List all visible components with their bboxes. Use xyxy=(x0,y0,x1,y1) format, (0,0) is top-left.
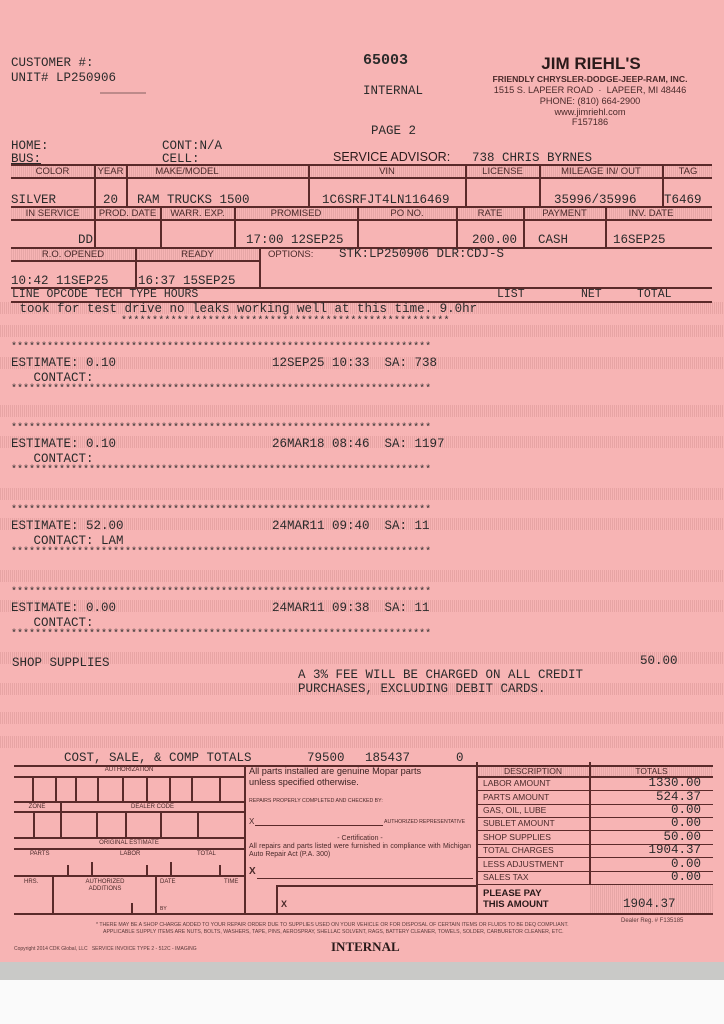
dealer-subtitle: FRIENDLY CHRYSLER-DODGE-JEEP-RAM, INC. xyxy=(470,74,710,84)
rule xyxy=(14,848,244,850)
shop-supplies-label: SHOP SUPPLIES xyxy=(12,656,110,670)
rule xyxy=(91,862,93,875)
estimate-contact: CONTACT: xyxy=(11,371,94,385)
rule xyxy=(14,913,713,915)
invoice-date-value: 16SEP25 xyxy=(613,233,666,247)
rule xyxy=(160,811,162,837)
col-header-payment: PAYMENT xyxy=(524,208,605,219)
authorized-additions-label: AUTHORIZED ADDITIONS xyxy=(70,879,140,893)
rule xyxy=(97,776,99,801)
rule xyxy=(122,776,124,801)
summary-desc: SUBLET AMOUNT xyxy=(483,818,555,828)
stars-divider: ****************************************… xyxy=(11,465,431,476)
sale-total: 185437 xyxy=(365,751,410,765)
col-header-promised: PROMISED xyxy=(235,208,357,219)
options-label: OPTIONS: xyxy=(268,249,313,260)
scan-shadow xyxy=(0,962,724,980)
stars-divider: ****************************************… xyxy=(11,505,431,516)
rule xyxy=(219,865,221,875)
dealer-code: F157186 xyxy=(470,117,710,127)
net-column-header: NET xyxy=(581,288,602,301)
credit-fee-notice-line2: PURCHASES, EXCLUDING DEBIT CARDS. xyxy=(298,682,546,696)
print-band xyxy=(0,405,724,417)
totals-header: TOTALS xyxy=(590,766,713,776)
authorized-representative-label: AUTHORIZED REPRESENTATIVE xyxy=(384,819,465,825)
estimate-stamp: 12SEP25 10:33 SA: 738 xyxy=(272,356,437,370)
rule xyxy=(52,875,54,913)
contact-value: CONT:N/A xyxy=(162,139,222,153)
service-invoice-page: CUSTOMER #: UNIT# LP250906 65003 INTERNA… xyxy=(0,0,724,966)
rule xyxy=(146,776,148,801)
vehicle-mileage: 35996/35996 xyxy=(554,193,637,207)
estimate-contact: CONTACT: xyxy=(11,616,94,630)
col-header-year: YEAR xyxy=(95,166,126,177)
summary-row-sublet: SUBLET AMOUNT0.00 xyxy=(477,817,713,830)
stars-divider: ****************************************… xyxy=(11,629,431,640)
col-header-ready: READY xyxy=(136,249,259,260)
summary-value: 1330.00 xyxy=(648,776,701,790)
rule xyxy=(60,811,62,837)
rule xyxy=(14,801,244,803)
parts-label: PARTS xyxy=(30,851,49,857)
estimate-amount: ESTIMATE: 0.00 xyxy=(11,601,116,615)
vehicle-year: 20 xyxy=(103,193,118,207)
summary-desc: SALES TAX xyxy=(483,872,529,882)
time-label: TIME xyxy=(224,879,238,885)
dealer-code-label: DEALER CODE xyxy=(61,804,244,810)
signature-x-mark: X xyxy=(249,817,254,826)
rate-value: 200.00 xyxy=(472,233,517,247)
summary-row-total-charges: TOTAL CHARGES1904.37 xyxy=(477,844,713,857)
rule xyxy=(14,875,244,877)
total-label: TOTAL xyxy=(197,851,216,857)
estimate-stamp: 26MAR18 08:46 SA: 1197 xyxy=(272,437,445,451)
col-header-tag: TAG xyxy=(663,166,713,177)
rule xyxy=(11,219,712,221)
page-number: PAGE 2 xyxy=(371,124,416,138)
stars-divider: ****************************************… xyxy=(121,316,450,327)
rule xyxy=(259,247,261,287)
summary-value: 0.00 xyxy=(671,870,701,884)
summary-desc: SHOP SUPPLIES xyxy=(483,832,551,842)
rule xyxy=(244,765,246,913)
cost-total: 79500 xyxy=(307,751,345,765)
rule xyxy=(60,801,62,811)
summary-value: 1904.37 xyxy=(648,843,701,857)
print-band xyxy=(0,736,724,748)
dealer-name: JIM RIEHL'S xyxy=(476,54,706,74)
hrs-label: HRS. xyxy=(24,879,38,885)
print-band xyxy=(0,712,724,724)
summary-row-labor: LABOR AMOUNT1330.00 xyxy=(477,777,713,790)
estimate-contact: CONTACT: LAM xyxy=(11,534,124,548)
certification-text: All repairs and parts listed were furnis… xyxy=(249,843,471,859)
col-header-color: COLOR xyxy=(11,166,94,177)
dealer-phone: PHONE: (810) 664-2900 xyxy=(470,96,710,106)
customer-signature-x-mark: X xyxy=(249,866,256,877)
stars-divider: ****************************************… xyxy=(11,384,431,395)
rule xyxy=(131,903,133,913)
col-header-vin: VIN xyxy=(309,166,465,177)
ro-number: 65003 xyxy=(363,52,408,69)
estimate-amount: ESTIMATE: 0.10 xyxy=(11,437,116,451)
credit-fee-notice-line1: A 3% FEE WILL BE CHARGED ON ALL CREDIT xyxy=(298,668,583,682)
rule xyxy=(197,811,199,837)
rule xyxy=(32,776,34,801)
please-pay-label-line2: THIS AMOUNT xyxy=(483,899,549,910)
certification-title: - Certification - xyxy=(249,835,471,842)
summary-row-sales-tax: SALES TAX0.00 xyxy=(477,871,713,884)
rule xyxy=(14,811,244,813)
ro-opened-value: 10:42 11SEP25 xyxy=(11,274,109,288)
rule xyxy=(276,885,278,913)
summary-desc: PARTS AMOUNT xyxy=(483,792,549,802)
summary-value: 0.00 xyxy=(671,803,701,817)
zone-label: ZONE xyxy=(14,804,60,810)
internal-label-bottom: INTERNAL xyxy=(331,939,400,955)
representative-signature-line[interactable] xyxy=(255,825,383,826)
summary-value: 50.00 xyxy=(663,830,701,844)
dealer-address: 1515 S. LAPEER ROAD · LAPEER, MI 48446 xyxy=(470,85,710,95)
list-column-header: LIST xyxy=(497,288,525,301)
estimate-amount: ESTIMATE: 0.10 xyxy=(11,356,116,370)
col-header-inv-date: INV. DATE xyxy=(606,208,696,219)
stars-divider: ****************************************… xyxy=(11,423,431,434)
col-header-in-service: IN SERVICE xyxy=(11,208,94,219)
date-label: DATE xyxy=(160,879,176,885)
print-band xyxy=(0,570,724,582)
vehicle-make-model: RAM TRUCKS 1500 xyxy=(137,193,250,207)
mopar-parts-line1: All parts installed are genuine Mopar pa… xyxy=(249,766,421,776)
total-column-header: TOTAL xyxy=(637,288,672,301)
summary-desc: TOTAL CHARGES xyxy=(483,845,554,855)
estimate-stamp: 24MAR11 09:38 SA: 11 xyxy=(272,601,430,615)
rule xyxy=(276,885,476,887)
rule xyxy=(146,865,148,875)
rule xyxy=(14,837,244,839)
summary-value: 524.37 xyxy=(656,790,701,804)
rule xyxy=(169,776,171,801)
rule xyxy=(55,776,57,801)
checked-by-label: REPAIRS PROPERLY COMPLETED AND CHECKED B… xyxy=(249,798,383,804)
service-advisor-label: SERVICE ADVISOR: xyxy=(333,150,450,164)
vehicle-tag: T6469 xyxy=(664,193,702,207)
col-header-rate: RATE xyxy=(457,208,523,219)
cost-sale-comp-label: COST, SALE, & COMP TOTALS xyxy=(64,751,252,765)
vehicle-color: SILVER xyxy=(11,193,56,207)
ro-ready-value: 16:37 15SEP25 xyxy=(138,274,236,288)
supply-charge-disclaimer-line1: * THERE MAY BE A SHOP CHARGE ADDED TO YO… xyxy=(96,922,569,928)
rule xyxy=(219,776,221,801)
stars-divider: ****************************************… xyxy=(11,342,431,353)
rule xyxy=(14,776,244,778)
payment-value: CASH xyxy=(538,233,568,247)
supply-charge-disclaimer-line2: APPLICABLE SUPPLY ITEMS ARE NUTS, BOLTS,… xyxy=(103,929,564,935)
unit-number: UNIT# LP250906 xyxy=(11,71,116,85)
dealer-registration: Dealer Reg. # F135185 xyxy=(621,918,683,924)
stars-divider: ****************************************… xyxy=(11,587,431,598)
stars-divider: ****************************************… xyxy=(11,547,431,558)
print-band xyxy=(0,488,724,500)
rule xyxy=(75,776,77,801)
summary-value: 0.00 xyxy=(671,816,701,830)
copyright-notice: Copyright 2014 CDK Global, LLC SERVICE I… xyxy=(14,946,197,952)
col-header-ro-opened: R.O. OPENED xyxy=(11,249,135,260)
col-header-warr-exp: WARR. EXP. xyxy=(161,208,234,219)
line-columns-header: LINE OPCODE TECH TYPE HOURS xyxy=(12,288,198,301)
description-header: DESCRIPTION xyxy=(477,766,589,776)
pay-signature-x-mark: X xyxy=(281,899,287,909)
shop-supplies-amount: 50.00 xyxy=(640,654,678,668)
rule xyxy=(191,776,193,801)
estimate-amount: ESTIMATE: 52.00 xyxy=(11,519,124,533)
original-estimate-label: ORIGINAL ESTIMATE xyxy=(14,840,244,846)
please-pay-label-line1: PLEASE PAY xyxy=(483,888,542,899)
authorization-label: AUTHORIZATION xyxy=(14,767,244,773)
col-header-prod-date: PROD. DATE xyxy=(95,208,160,219)
col-header-po-no: PO NO. xyxy=(358,208,456,219)
rule xyxy=(96,811,98,837)
rule xyxy=(125,811,127,837)
line-note: took for test drive no leaks working wel… xyxy=(12,302,477,316)
comp-total: 0 xyxy=(456,751,464,765)
vehicle-vin: 1C6SRFJT4LN116469 xyxy=(322,193,450,207)
labor-label: LABOR xyxy=(120,851,140,857)
options-value: STK:LP250906 DLR:CDJ-S xyxy=(339,247,504,261)
col-header-make-model: MAKE/MODEL xyxy=(127,166,247,177)
rule xyxy=(11,177,712,179)
smudge-mark xyxy=(100,92,146,94)
summary-desc: LESS ADJUSTMENT xyxy=(483,859,564,869)
in-service-value: DD xyxy=(78,233,93,247)
summary-value: 0.00 xyxy=(671,857,701,871)
home-phone-label: HOME: xyxy=(11,139,49,153)
rule xyxy=(170,862,172,875)
please-pay-amount: 1904.37 xyxy=(623,897,676,911)
customer-number-label: CUSTOMER #: xyxy=(11,56,94,70)
estimate-contact: CONTACT: xyxy=(11,452,94,466)
col-header-mileage: MILEAGE IN/ OUT xyxy=(540,166,662,177)
promised-value: 17:00 12SEP25 xyxy=(246,233,344,247)
rule xyxy=(33,811,35,837)
summary-desc: LABOR AMOUNT xyxy=(483,778,551,788)
rule xyxy=(155,875,157,913)
summary-desc: GAS, OIL, LUBE xyxy=(483,805,546,815)
col-header-license: LICENSE xyxy=(466,166,539,177)
rule xyxy=(67,865,69,875)
customer-signature-line[interactable] xyxy=(257,878,473,879)
by-label: BY xyxy=(160,906,167,912)
dealer-website: www.jimriehl.com xyxy=(470,107,710,117)
mopar-parts-line2: unless specified otherwise. xyxy=(249,777,359,787)
estimate-stamp: 24MAR11 09:40 SA: 11 xyxy=(272,519,430,533)
service-advisor-name: 738 CHRIS BYRNES xyxy=(472,151,592,165)
internal-label-top: INTERNAL xyxy=(363,84,423,98)
